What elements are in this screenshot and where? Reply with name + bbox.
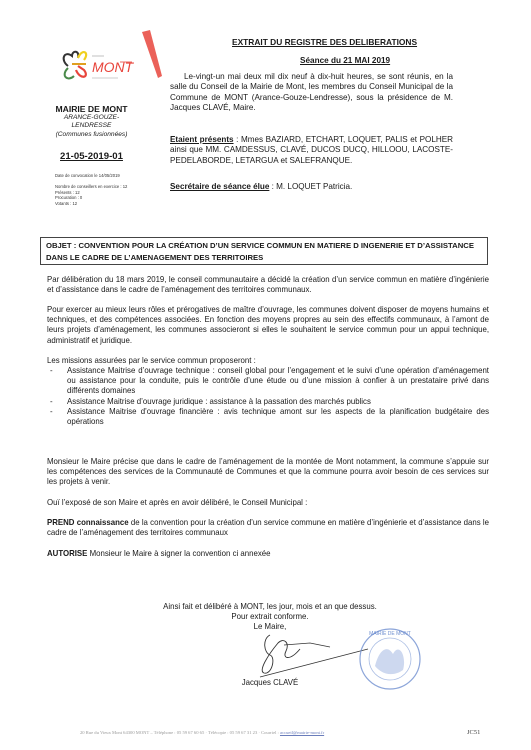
footer-code: JC51: [467, 729, 480, 736]
footer-email-link[interactable]: accueil@mairie-mont.fr: [280, 730, 324, 735]
mission-item: -Assistance Maitrise d’ouvrage financièr…: [47, 407, 489, 427]
stat-presents: Présents : 12: [55, 190, 80, 195]
footer-address: 20 Rue du Vieux Mont 64300 MONT – Téléph…: [80, 730, 324, 735]
prend-paragraph: PREND connaissance de la convention pour…: [47, 518, 489, 538]
mairie-subtitle-3: (Communes fusionnées): [20, 131, 163, 139]
stat-procuration: Procuration : 0: [55, 195, 82, 200]
paragraph-4: Ouï l’exposé de son Maire et après en av…: [47, 498, 489, 508]
paragraph-2: Pour exercer au mieux leurs rôles et pré…: [47, 305, 489, 346]
stat-votants: Votants : 12: [55, 201, 77, 206]
autorise-paragraph: AUTORISE Monsieur le Maire à signer la c…: [47, 549, 489, 559]
paragraph-3: Monsieur le Maire précise que dans le ca…: [47, 457, 489, 488]
presents-paragraph: Etaient présents : Mmes BAZIARD, ETCHART…: [170, 135, 453, 166]
deliberation-reference: 21-05-2019-01: [20, 151, 163, 162]
missions-intro: Les missions assurées par le service com…: [47, 356, 489, 366]
secretaire-label: Secrétaire de séance élue: [170, 182, 269, 191]
mairie-subtitle-1: ARANCE-GOUZE-: [20, 114, 163, 122]
missions-list: -Assistance Maitrise d’ouvrage technique…: [47, 366, 489, 427]
clover-logo-icon: MONT: [60, 46, 150, 86]
seance-title: Séance du 21 MAI 2019: [300, 56, 390, 65]
svg-text:MAIRIE DE MONT: MAIRIE DE MONT: [369, 631, 411, 637]
secretaire-paragraph: Secrétaire de séance élue : M. LOQUET Pa…: [170, 182, 453, 192]
presents-label: Etaient présents: [170, 135, 234, 144]
register-title: EXTRAIT DU REGISTRE DES DELIBERATIONS: [232, 37, 417, 47]
objet-box: OBJET : CONVENTION POUR LA CRÉATION D’UN…: [40, 237, 488, 265]
signature-line-2: Pour extrait conforme.: [100, 612, 440, 622]
mission-item: -Assistance Maitrise d’ouvrage technique…: [47, 366, 489, 397]
mairie-subtitle-2: LENDRESSE: [20, 122, 163, 130]
stat-conseillers: Nombre de conseillers en exercice : 12: [55, 184, 127, 189]
intro-paragraph: Le-vingt-un mai deux mil dix neuf à dix-…: [170, 72, 453, 113]
secretaire-name: : M. LOQUET Patricia.: [269, 182, 352, 191]
mission-item: -Assistance Maitrise d’ouvrage juridique…: [47, 397, 489, 407]
commune-logo: MONT: [60, 46, 150, 86]
mairie-title: MAIRIE DE MONT: [20, 104, 163, 114]
official-stamp-icon: MAIRIE DE MONT: [355, 626, 425, 692]
convocation-date: Date de convocation le 14/05/2019: [55, 173, 120, 178]
signature-line-1: Ainsi fait et délibéré à MONT, les jour,…: [100, 602, 440, 612]
svg-text:MONT: MONT: [92, 59, 135, 75]
paragraph-1: Par délibération du 18 mars 2019, le con…: [47, 275, 489, 295]
